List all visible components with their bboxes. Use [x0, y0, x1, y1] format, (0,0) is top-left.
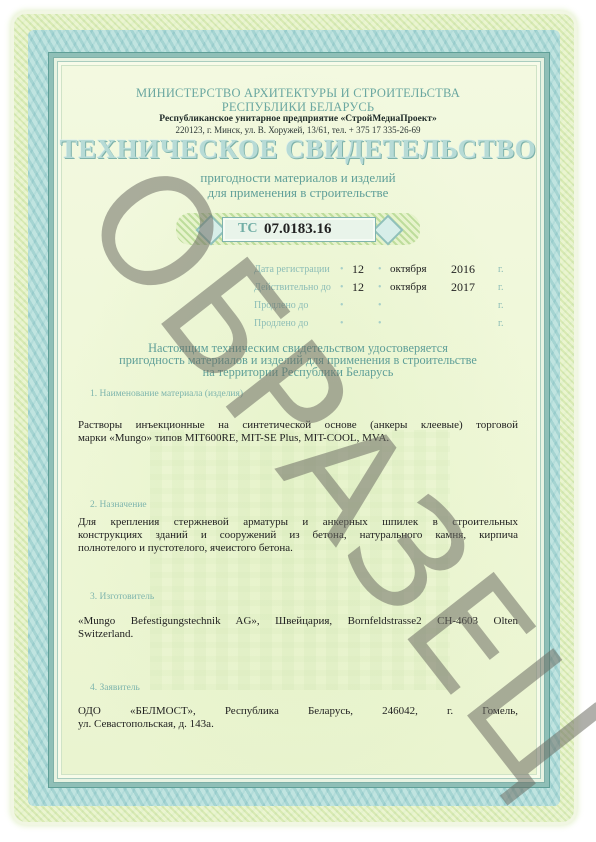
section-body-material: Растворы инъекционные на синтетической о…	[78, 419, 518, 445]
ministry-line-2: РЕСПУБЛИКИ БЕЛАРУСЬ	[0, 100, 596, 114]
date-day: 12	[352, 280, 364, 295]
section-line: ул. Севастопольская, д. 143а.	[78, 718, 518, 731]
date-suffix: г.	[498, 300, 503, 311]
certificate-subtitle: пригодности материалов и изделий для при…	[0, 170, 596, 200]
section-line: «Mungo Befestigungstechnik AG», Швейцари…	[78, 615, 518, 628]
certificate-page: МИНИСТЕРСТВО АРХИТЕКТУРЫ И СТРОИТЕЛЬСТВА…	[0, 0, 596, 842]
section-body-manufacturer: «Mungo Befestigungstechnik AG», Швейцари…	[78, 615, 518, 641]
section-body-purpose: Для крепления стержневой арматуры и анке…	[78, 516, 518, 555]
registration-prefix: ТС	[238, 221, 257, 237]
date-label: Продлено до	[254, 300, 308, 311]
registration-number: 07.0183.16	[264, 221, 332, 238]
date-separator: •	[378, 264, 382, 275]
date-suffix: г.	[498, 264, 503, 275]
ministry-heading: МИНИСТЕРСТВО АРХИТЕКТУРЫ И СТРОИТЕЛЬСТВА…	[0, 86, 596, 114]
section-line: Растворы инъекционные на синтетической о…	[78, 419, 518, 432]
section-label-manufacturer: 3. Изготовитель	[90, 592, 154, 602]
date-day: 12	[352, 262, 364, 277]
subtitle-line-1: пригодности материалов и изделий	[0, 170, 596, 185]
date-separator: •	[378, 282, 382, 293]
date-separator: •	[378, 318, 382, 329]
date-label: Дата регистрации	[254, 264, 330, 275]
date-label: Продлено до	[254, 318, 308, 329]
section-line: Для крепления стержневой арматуры и анке…	[78, 516, 518, 529]
section-line: конструкциях зданий и сооружений из бето…	[78, 529, 518, 542]
date-label: Действительно до	[254, 282, 331, 293]
date-separator: •	[340, 282, 344, 293]
date-month: октября	[390, 281, 427, 293]
registration-banner: ТС 07.0183.16	[176, 210, 420, 248]
date-separator: •	[340, 300, 344, 311]
date-suffix: г.	[498, 282, 503, 293]
date-row-registration: Дата регистрации • 12 • октября 2016 г.	[240, 262, 520, 280]
certification-statement: Настоящим техническим свидетельством удо…	[0, 342, 596, 378]
certificate-title: ТЕХНИЧЕСКОЕ СВИДЕТЕЛЬСТВО	[0, 134, 596, 165]
section-line: Switzerland.	[78, 628, 518, 641]
subtitle-line-2: для применения в строительстве	[0, 185, 596, 200]
date-row-extended-1: Продлено до • • г.	[240, 298, 520, 316]
section-label-material: 1. Наименование материала (изделия)	[90, 389, 243, 399]
section-label-purpose: 2. Назначение	[90, 500, 147, 510]
date-row-extended-2: Продлено до • • г.	[240, 316, 520, 334]
section-line: ОДО «БЕЛМОСТ», Республика Беларусь, 2460…	[78, 705, 518, 718]
background-building-pattern	[150, 430, 450, 690]
section-body-applicant: ОДО «БЕЛМОСТ», Республика Беларусь, 2460…	[78, 705, 518, 731]
section-line: марки «Mungo» типов MIT600RE, MIT-SE Plu…	[78, 432, 518, 445]
dates-block: Дата регистрации • 12 • октября 2016 г. …	[240, 262, 520, 334]
statement-line-3: на территории Республики Беларусь	[0, 366, 596, 378]
date-separator: •	[340, 318, 344, 329]
date-separator: •	[340, 264, 344, 275]
date-year: 2016	[451, 262, 475, 277]
date-separator: •	[378, 300, 382, 311]
section-label-applicant: 4. Заявитель	[90, 683, 140, 693]
date-month: октября	[390, 263, 427, 275]
date-suffix: г.	[498, 318, 503, 329]
section-line: полнотелого и пустотелого, ячеистого бет…	[78, 542, 518, 555]
date-row-valid-until: Действительно до • 12 • октября 2017 г.	[240, 280, 520, 298]
enterprise-name: Республиканское унитарное предприятие «С…	[0, 114, 596, 124]
ministry-line-1: МИНИСТЕРСТВО АРХИТЕКТУРЫ И СТРОИТЕЛЬСТВА	[0, 86, 596, 100]
date-year: 2017	[451, 280, 475, 295]
